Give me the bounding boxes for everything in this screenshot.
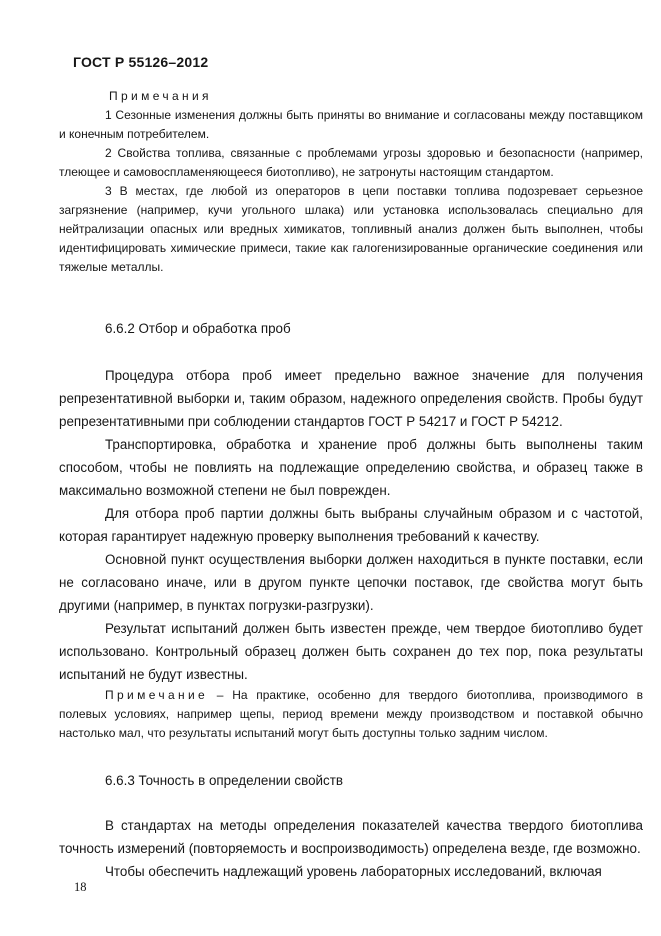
notes-label: Примечания: [109, 89, 212, 103]
text-column: ГОСТ Р 55126–2012 Примечания 1 Сезонные …: [59, 54, 643, 883]
note-item-2: 2 Свойства топлива, связанные с проблема…: [59, 144, 643, 182]
note-item-3: 3 В местах, где любой из операторов в це…: [59, 182, 643, 277]
section-662-paragraph-1: Процедура отбора проб имеет предельно ва…: [59, 364, 643, 433]
page-number: 18: [74, 880, 87, 895]
section-663-paragraph-1: В стандартах на методы определения показ…: [59, 814, 643, 860]
section-662-paragraph-4: Основной пункт осуществления выборки дол…: [59, 548, 643, 617]
section-662-heading: 6.6.2 Отбор и обработка проб: [59, 317, 643, 340]
document-page: ГОСТ Р 55126–2012 Примечания 1 Сезонные …: [0, 0, 661, 936]
note-item-1: 1 Сезонные изменения должны быть приняты…: [59, 106, 643, 144]
section-662-paragraph-2: Транспортировка, обработка и хранение пр…: [59, 433, 643, 502]
section-662-paragraph-3: Для отбора проб партии должны быть выбра…: [59, 502, 643, 548]
running-header: ГОСТ Р 55126–2012: [73, 54, 643, 71]
inline-note-label: Примечание: [105, 688, 208, 702]
section-662-note: Примечание – На практике, особенно для т…: [59, 686, 643, 743]
section-663-heading: 6.6.3 Точность в определении свойств: [59, 769, 643, 792]
section-662-paragraph-5: Результат испытаний должен быть известен…: [59, 617, 643, 686]
notes-block: Примечания 1 Сезонные изменения должны б…: [59, 87, 643, 277]
notes-label-line: Примечания: [59, 87, 643, 106]
section-663-paragraph-2: Чтобы обеспечить надлежащий уровень лабо…: [59, 860, 643, 883]
